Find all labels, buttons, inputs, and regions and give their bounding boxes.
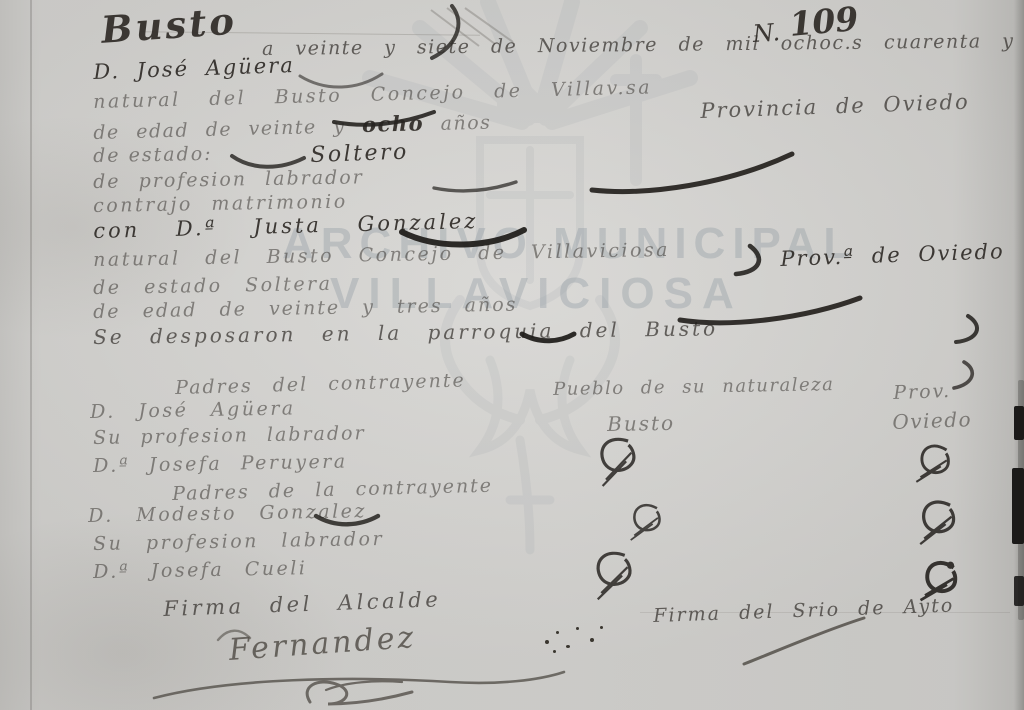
- ink-speckle: [553, 650, 556, 653]
- groom-father-profession: Su profesion labrador: [93, 424, 366, 448]
- prov-value: Oviedo: [892, 409, 972, 432]
- ink-flourish: [296, 68, 386, 96]
- groom-status-label: de estado:: [93, 145, 213, 166]
- groom-age-post: años: [440, 112, 491, 135]
- groom-age-pre: de edad de veinte y: [93, 115, 346, 144]
- ink-flourish: [330, 108, 440, 130]
- ditto-mark-prov: [913, 439, 960, 488]
- ink-flourish: [356, 2, 476, 62]
- ink-speckle: [576, 627, 579, 630]
- groom-province: Provincia de Oviedo: [700, 92, 970, 122]
- ink-flourish: [930, 358, 980, 392]
- signature-initial-stroke: [214, 624, 254, 644]
- ditto-mark-pueblo: [593, 432, 646, 489]
- ink-flourish: [228, 150, 308, 172]
- ink-flourish: [430, 176, 520, 196]
- bride-mother-name: D.ª Josefa Cueli: [93, 559, 308, 582]
- bride-province: Prov.ª de Oviedo: [780, 241, 1005, 270]
- ditto-mark-pueblo: [627, 500, 668, 544]
- ink-flourish: [312, 508, 382, 530]
- groom-mother-name: D.ª Josefa Peruyera: [93, 453, 348, 476]
- ink-flourish: [588, 150, 798, 196]
- ink-speckle: [590, 638, 594, 642]
- alcalde-signature-label: Firma del Alcalde: [163, 589, 442, 620]
- ink-flourish: [518, 326, 578, 346]
- groom-status: Soltero: [310, 142, 409, 167]
- record-place: Busto: [100, 3, 238, 49]
- ink-flourish: [930, 312, 986, 346]
- ink-flourish: [690, 242, 770, 278]
- ditto-mark-pueblo: [590, 546, 642, 601]
- page-fold-line: [30, 0, 32, 710]
- secretary-signature-label: Firma del Srio de Ayto: [653, 596, 955, 625]
- ink-speckle: [556, 631, 559, 634]
- groom-father-name: D. José Agüera: [90, 399, 296, 422]
- ink-flourish: [398, 222, 528, 250]
- bride-status: de estado Soltera: [93, 275, 333, 298]
- ink-speckle: [545, 640, 549, 644]
- alcalde-signature: Fernandez: [228, 623, 417, 666]
- bride-father-profession: Su profesion labrador: [93, 530, 384, 554]
- ink-speckle: [566, 645, 570, 648]
- pueblo-column-header: Pueblo de su naturaleza: [553, 376, 835, 399]
- binding-shadow: [1018, 380, 1024, 620]
- ink-speckle: [600, 626, 603, 629]
- groom-name: D. José Agüera: [93, 55, 295, 83]
- signature-rubric: [150, 668, 570, 710]
- scanned-register-page: ARCHIVO MUNICIPAL VILLAVICIOSA N. 109 Bu…: [0, 0, 1024, 710]
- ink-flourish: [676, 294, 866, 328]
- ditto-mark-prov: [916, 497, 963, 548]
